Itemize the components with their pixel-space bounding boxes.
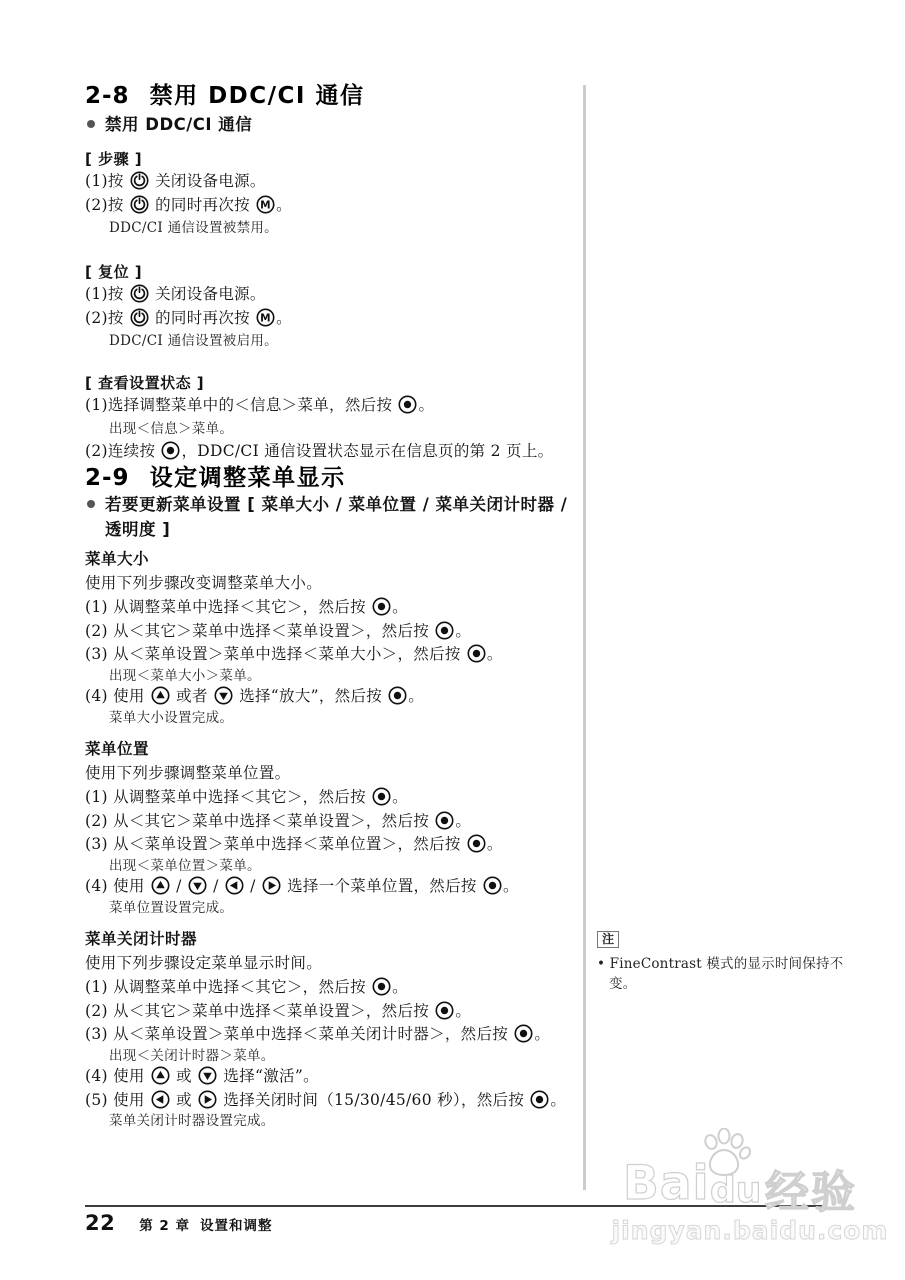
step-result-note: 菜单关闭计时器设置完成。 — [85, 1112, 590, 1131]
step-line: (2)按 的同时再次按 M。 — [85, 194, 585, 218]
text-segment: 出现＜菜单大小＞菜单。 — [109, 668, 261, 684]
bullet-text: 禁用 DDC/CI 通信 — [105, 115, 252, 134]
subsection-intro: 使用下列步骤改变调整菜单大小。 — [85, 570, 590, 596]
text-segment: 。 — [550, 1091, 566, 1109]
svg-text:M: M — [260, 199, 271, 211]
section-2-9-bullet: 若要更新菜单设置 [ 菜单大小 / 菜单位置 / 菜单关闭计时器 / 透明度 ] — [85, 492, 567, 542]
baidu-jingyan-watermark: Bai du 经验 jingyan.baidu.com — [605, 1134, 895, 1245]
arrow-up-button-icon — [151, 1065, 170, 1089]
step-line: (4) 使用 或者 选择“放大”，然后按 。 — [85, 685, 590, 709]
svg-text:M: M — [260, 312, 271, 324]
watermark-suffix: 经验 — [765, 1156, 857, 1220]
subsection-title: 菜单位置 — [85, 738, 590, 760]
step-line: (4) 使用 或 选择“激活”。 — [85, 1065, 590, 1089]
step-result-note: 菜单大小设置完成。 — [85, 709, 590, 728]
power-button-icon — [130, 307, 149, 331]
text-segment: 。 — [418, 396, 434, 414]
enter-button-icon — [483, 875, 502, 899]
text-segment: (1) 从调整菜单中选择＜其它＞，然后按 — [85, 788, 371, 806]
text-segment: 。 — [392, 788, 408, 806]
text-segment: (3) 从＜菜单设置＞菜单中选择＜菜单大小＞，然后按 — [85, 645, 466, 663]
step-result-note: DDC/CI 通信设置被禁用。 — [85, 217, 585, 239]
power-button-icon — [130, 194, 149, 218]
enter-button-icon — [514, 1023, 533, 1047]
group-label: [ 查看设置状态 ] — [85, 372, 585, 394]
section-2-8-heading: 2-8禁用 DDC/CI 通信 — [85, 82, 364, 110]
arrow-up-button-icon — [151, 685, 170, 709]
bullet-text: 若要更新菜单设置 [ 菜单大小 / 菜单位置 / 菜单关闭计时器 / — [105, 495, 567, 514]
section-2-9-heading: 2-9设定调整菜单显示 — [85, 464, 346, 492]
text-segment: DDC/CI 通信设置被禁用。 — [109, 220, 278, 236]
note-label: 注 — [597, 931, 619, 948]
enter-button-icon — [398, 394, 417, 418]
enter-button-icon — [161, 440, 180, 464]
watermark-brand-right: du — [710, 1170, 761, 1211]
step-result-note: DDC/CI 通信设置被启用。 — [85, 330, 585, 352]
text-segment: / — [171, 877, 187, 895]
subsection-intro: 使用下列步骤调整菜单位置。 — [85, 760, 590, 786]
text-segment: 。 — [455, 1002, 471, 1020]
text-segment: (2)按 — [85, 309, 129, 327]
arrow-right-button-icon — [262, 875, 281, 899]
step-line: (1)按 关闭设备电源。 — [85, 283, 585, 307]
enter-button-icon — [530, 1089, 549, 1113]
subsection-menu-off-timer: 菜单关闭计时器 使用下列步骤设定菜单显示时间。 (1) 从调整菜单中选择＜其它＞… — [85, 928, 590, 1131]
text-segment: (1) 从调整菜单中选择＜其它＞，然后按 — [85, 978, 371, 996]
side-note: 注 • FineContrast 模式的显示时间保持不变。 — [597, 928, 865, 994]
step-result-note: 菜单位置设置完成。 — [85, 899, 590, 918]
arrow-right-button-icon — [198, 1089, 217, 1113]
step-line: (2)连续按 ，DDC/CI 通信设置状态显示在信息页的第 2 页上。 — [85, 440, 585, 464]
text-segment: (2)连续按 — [85, 442, 160, 460]
procedure-group-reset: [ 复位 ] (1)按 关闭设备电源。 (2)按 的同时再次按 M。 DDC/C… — [85, 261, 585, 352]
bullet-line-continuation: 透明度 ] — [85, 517, 567, 542]
step-line: (2)按 的同时再次按 M。 — [85, 307, 585, 331]
section-2-8-bullet: 禁用 DDC/CI 通信 — [85, 112, 252, 137]
step-result-note: 出现＜菜单位置＞菜单。 — [85, 857, 590, 876]
text-segment: (1)选择调整菜单中的＜信息＞菜单，然后按 — [85, 396, 397, 414]
text-segment: 选择“放大”，然后按 — [234, 687, 387, 705]
text-segment: 选择“激活”。 — [218, 1067, 319, 1085]
step-result-note: 出现＜关闭计时器＞菜单。 — [85, 1047, 590, 1066]
step-result-note: 出现＜菜单大小＞菜单。 — [85, 667, 590, 686]
enter-button-icon — [372, 976, 391, 1000]
text-segment: 。 — [503, 877, 519, 895]
text-segment: 关闭设备电源。 — [150, 172, 266, 190]
text-segment: (3) 从＜菜单设置＞菜单中选择＜菜单关闭计时器＞，然后按 — [85, 1025, 513, 1043]
step-line: (2) 从＜其它＞菜单中选择＜菜单设置＞，然后按 。 — [85, 810, 590, 834]
text-segment: (2) 从＜其它＞菜单中选择＜菜单设置＞，然后按 — [85, 1002, 434, 1020]
text-segment: 。 — [276, 196, 292, 214]
text-segment: 菜单关闭计时器设置完成。 — [109, 1113, 275, 1129]
text-segment: 。 — [455, 812, 471, 830]
procedure-group-steps: [ 步骤 ] (1)按 关闭设备电源。 (2)按 的同时再次按 M。 DDC/C… — [85, 148, 585, 239]
text-segment: / — [208, 877, 224, 895]
chapter-title: 设置和调整 — [200, 1214, 273, 1234]
section-title: 禁用 DDC/CI 通信 — [150, 83, 365, 109]
text-segment: (2) 从＜其它＞菜单中选择＜菜单设置＞，然后按 — [85, 812, 434, 830]
text-segment: 出现＜信息＞菜单。 — [109, 421, 233, 437]
text-segment: 。 — [392, 978, 408, 996]
text-segment: (4) 使用 — [85, 1067, 150, 1085]
bullet-icon — [87, 120, 95, 128]
text-segment: 。 — [392, 598, 408, 616]
enter-button-icon — [467, 833, 486, 857]
note-text: FineContrast 模式的显示时间保持不变。 — [609, 956, 843, 992]
text-segment: 菜单位置设置完成。 — [109, 900, 233, 916]
text-segment: (1) 从调整菜单中选择＜其它＞，然后按 — [85, 598, 371, 616]
bullet-line: 若要更新菜单设置 [ 菜单大小 / 菜单位置 / 菜单关闭计时器 / — [85, 492, 567, 517]
bullet-line: 禁用 DDC/CI 通信 — [85, 112, 252, 137]
footer: 22 第 2 章 设置和调整 — [85, 1211, 273, 1235]
enter-button-icon — [435, 620, 454, 644]
text-segment: (4) 使用 — [85, 687, 150, 705]
subsection-menu-size: 菜单大小 使用下列步骤改变调整菜单大小。 (1) 从调整菜单中选择＜其它＞，然后… — [85, 548, 590, 727]
arrow-up-button-icon — [151, 875, 170, 899]
arrow-down-button-icon — [188, 875, 207, 899]
power-button-icon — [130, 283, 149, 307]
section-number: 2-8 — [85, 83, 130, 109]
text-segment: (2) 从＜其它＞菜单中选择＜菜单设置＞，然后按 — [85, 622, 434, 640]
text-segment: 选择关闭时间（15/30/45/60 秒），然后按 — [218, 1091, 529, 1109]
text-segment: 选择一个菜单位置，然后按 — [282, 877, 482, 895]
enter-button-icon — [435, 810, 454, 834]
arrow-left-button-icon — [225, 875, 244, 899]
text-segment: 。 — [487, 645, 503, 663]
step-line: (1) 从调整菜单中选择＜其它＞，然后按 。 — [85, 596, 590, 620]
note-item: • FineContrast 模式的显示时间保持不变。 — [597, 954, 845, 994]
text-segment: (3) 从＜菜单设置＞菜单中选择＜菜单位置＞，然后按 — [85, 835, 466, 853]
text-segment: (1)按 — [85, 285, 129, 303]
enter-button-icon — [388, 685, 407, 709]
group-label: [ 复位 ] — [85, 261, 585, 283]
text-segment: ，DDC/CI 通信设置状态显示在信息页的第 2 页上。 — [181, 442, 553, 460]
section-number: 2-9 — [85, 465, 130, 491]
text-segment: 。 — [276, 309, 292, 327]
step-line: (3) 从＜菜单设置＞菜单中选择＜菜单关闭计时器＞，然后按 。 — [85, 1023, 590, 1047]
step-line: (4) 使用 / / / 选择一个菜单位置，然后按 。 — [85, 875, 590, 899]
enter-button-icon — [372, 596, 391, 620]
text-segment: 的同时再次按 — [150, 196, 255, 214]
mode-button-icon: M — [256, 307, 275, 331]
subsection-intro: 使用下列步骤设定菜单显示时间。 — [85, 950, 590, 976]
text-segment: 或 — [171, 1091, 197, 1109]
manual-page: 2-8禁用 DDC/CI 通信 禁用 DDC/CI 通信 [ 步骤 ] (1)按… — [0, 0, 905, 1280]
enter-button-icon — [435, 1000, 454, 1024]
column-divider — [583, 85, 586, 1190]
group-label: [ 步骤 ] — [85, 148, 585, 170]
text-segment: / — [245, 877, 261, 895]
text-segment: (1)按 — [85, 172, 129, 190]
watermark-url: jingyan.baidu.com — [605, 1216, 895, 1245]
text-segment: (2)按 — [85, 196, 129, 214]
text-segment: DDC/CI 通信设置被启用。 — [109, 333, 278, 349]
procedure-group-view-status: [ 查看设置状态 ] (1)选择调整菜单中的＜信息＞菜单，然后按 。 出现＜信息… — [85, 372, 585, 463]
text-segment: 。 — [455, 622, 471, 640]
text-segment: (4) 使用 — [85, 877, 150, 895]
arrow-down-button-icon — [214, 685, 233, 709]
subsection-title: 菜单大小 — [85, 548, 590, 570]
text-segment: 。 — [408, 687, 424, 705]
step-line: (3) 从＜菜单设置＞菜单中选择＜菜单大小＞，然后按 。 — [85, 643, 590, 667]
text-segment: (5) 使用 — [85, 1091, 150, 1109]
subsection-title: 菜单关闭计时器 — [85, 928, 590, 950]
step-line: (1) 从调整菜单中选择＜其它＞，然后按 。 — [85, 976, 590, 1000]
text-segment: 出现＜菜单位置＞菜单。 — [109, 858, 261, 874]
section-title: 设定调整菜单显示 — [150, 465, 346, 491]
step-line: (5) 使用 或 选择关闭时间（15/30/45/60 秒），然后按 。 — [85, 1089, 590, 1113]
text-segment: 的同时再次按 — [150, 309, 255, 327]
step-line: (2) 从＜其它＞菜单中选择＜菜单设置＞，然后按 。 — [85, 1000, 590, 1024]
step-line: (1)选择调整菜单中的＜信息＞菜单，然后按 。 — [85, 394, 585, 418]
subsection-menu-position: 菜单位置 使用下列步骤调整菜单位置。 (1) 从调整菜单中选择＜其它＞，然后按 … — [85, 738, 590, 917]
watermark-logo: Bai du 经验 — [605, 1134, 895, 1210]
text-segment: 关闭设备电源。 — [150, 285, 266, 303]
text-segment: 。 — [487, 835, 503, 853]
text-segment: 或者 — [171, 687, 213, 705]
enter-button-icon — [467, 643, 486, 667]
step-line: (1)按 关闭设备电源。 — [85, 170, 585, 194]
power-button-icon — [130, 170, 149, 194]
page-number: 22 — [85, 1211, 115, 1235]
chapter-label: 第 2 章 — [139, 1214, 190, 1234]
step-result-note: 出现＜信息＞菜单。 — [85, 418, 585, 440]
step-line: (2) 从＜其它＞菜单中选择＜菜单设置＞，然后按 。 — [85, 620, 590, 644]
text-segment: 。 — [534, 1025, 550, 1043]
text-segment: 菜单大小设置完成。 — [109, 710, 233, 726]
step-line: (1) 从调整菜单中选择＜其它＞，然后按 。 — [85, 786, 590, 810]
bullet-text: 透明度 ] — [105, 520, 170, 539]
text-segment: 或 — [171, 1067, 197, 1085]
bullet-icon — [87, 500, 95, 508]
arrow-down-button-icon — [198, 1065, 217, 1089]
mode-button-icon: M — [256, 194, 275, 218]
enter-button-icon — [372, 786, 391, 810]
arrow-left-button-icon — [151, 1089, 170, 1113]
step-line: (3) 从＜菜单设置＞菜单中选择＜菜单位置＞，然后按 。 — [85, 833, 590, 857]
text-segment: 出现＜关闭计时器＞菜单。 — [109, 1048, 275, 1064]
